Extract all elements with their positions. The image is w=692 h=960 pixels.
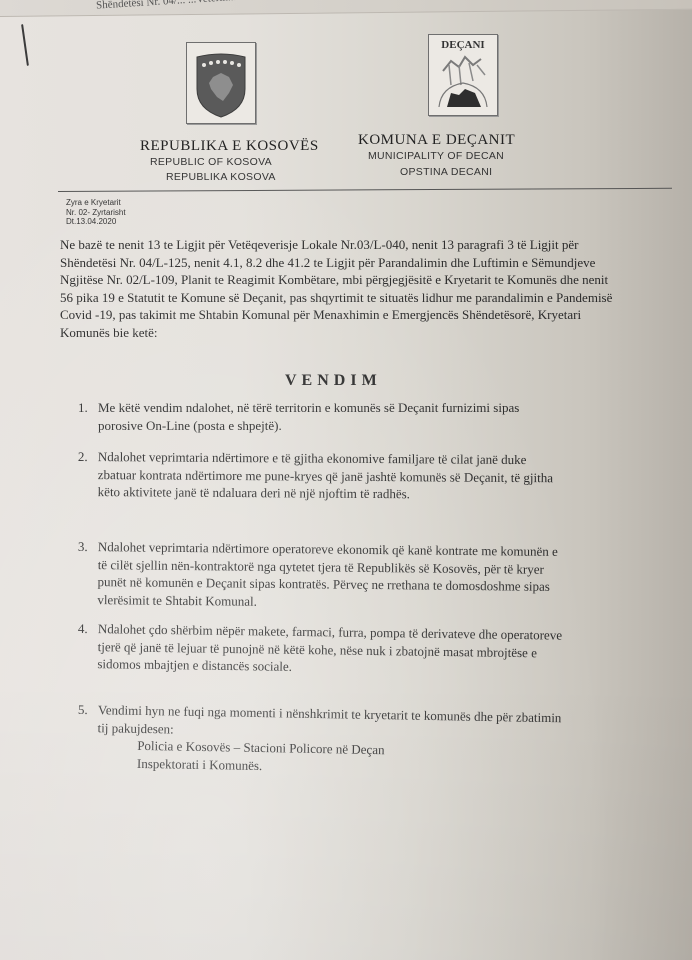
decision-item-3: 3. Ndalohet veprimtaria ndërtimore opera… [78,538,668,544]
office-date: Dt.13.04.2020 [66,217,126,227]
header-left-line2: REPUBLIC OF KOSOVA [150,156,272,168]
decision-item-4: 4. Ndalohet çdo shërbim nëpër makete, fa… [78,620,668,628]
item-number: 2. [78,448,98,466]
header-right-main: KOMUNA E DEÇANIT [358,132,515,149]
decision-item-5: 5. Vendimi hyn ne fuqi nga momenti i nën… [78,701,668,711]
intro-line: Komunës bie ketë: [60,324,660,342]
header-right-line2: MUNICIPALITY OF DECAN [368,150,504,162]
office-block: Zyra e Kryetarit Nr. 02- Zyrtarisht Dt.1… [66,198,126,227]
kosovo-coat-of-arms-logo [186,42,256,124]
intro-line: Shëndetësi Nr. 04/L-125, nenit 4.1, 8.2 … [60,254,660,272]
item-line: këto aktivitete janë të ndaluara deri në… [98,483,553,504]
header-left-line3: REPUBLIKA KOSOVA [166,171,276,183]
decision-item-2: 2. Ndalohet veprimtaria ndërtimore e të … [78,448,668,452]
kosovo-shield-icon [187,43,255,123]
office-name: Zyra e Kryetarit [66,198,126,208]
item-line: Me këtë vendim ndalohet, në tërë territo… [98,399,519,417]
header-divider [58,188,672,192]
office-number: Nr. 02- Zyrtarisht [66,208,126,218]
intro-paragraph: Ne bazë te nenit 13 te Ligjit për Vetëqe… [60,236,660,341]
intro-line: 56 pika 19 e Statutit te Komune së Deçan… [60,289,660,307]
item-line: porosive On-Line (posta e shpejtë). [98,417,519,435]
intro-line: Ne bazë te nenit 13 te Ligjit për Vetëqe… [60,236,660,254]
pen-mark [21,24,29,66]
item-number: 1. [78,399,98,417]
decani-emblem-logo: DEÇANI [428,34,498,116]
previous-page-fragment: Shëndetësi Nr. 04/... ...Veterin... [96,0,237,12]
header-right-line3: OPSTINA DECANI [400,166,492,178]
decision-title: VENDIM [285,372,382,390]
header-left-main: REPUBLIKA E KOSOVËS [140,138,319,155]
decani-emblem-icon [429,35,497,115]
previous-page-edge: Shëndetësi Nr. 04/... ...Veterin... [0,0,692,17]
intro-line: Ngjitëse Nr. 02/L-109, Planit te Reagimi… [60,271,660,289]
intro-line: Covid -19, pas takimit me Shtabin Komuna… [60,306,660,324]
item-number: 3. [78,538,98,556]
item-number: 5. [78,701,98,719]
item-number: 4. [78,620,98,638]
